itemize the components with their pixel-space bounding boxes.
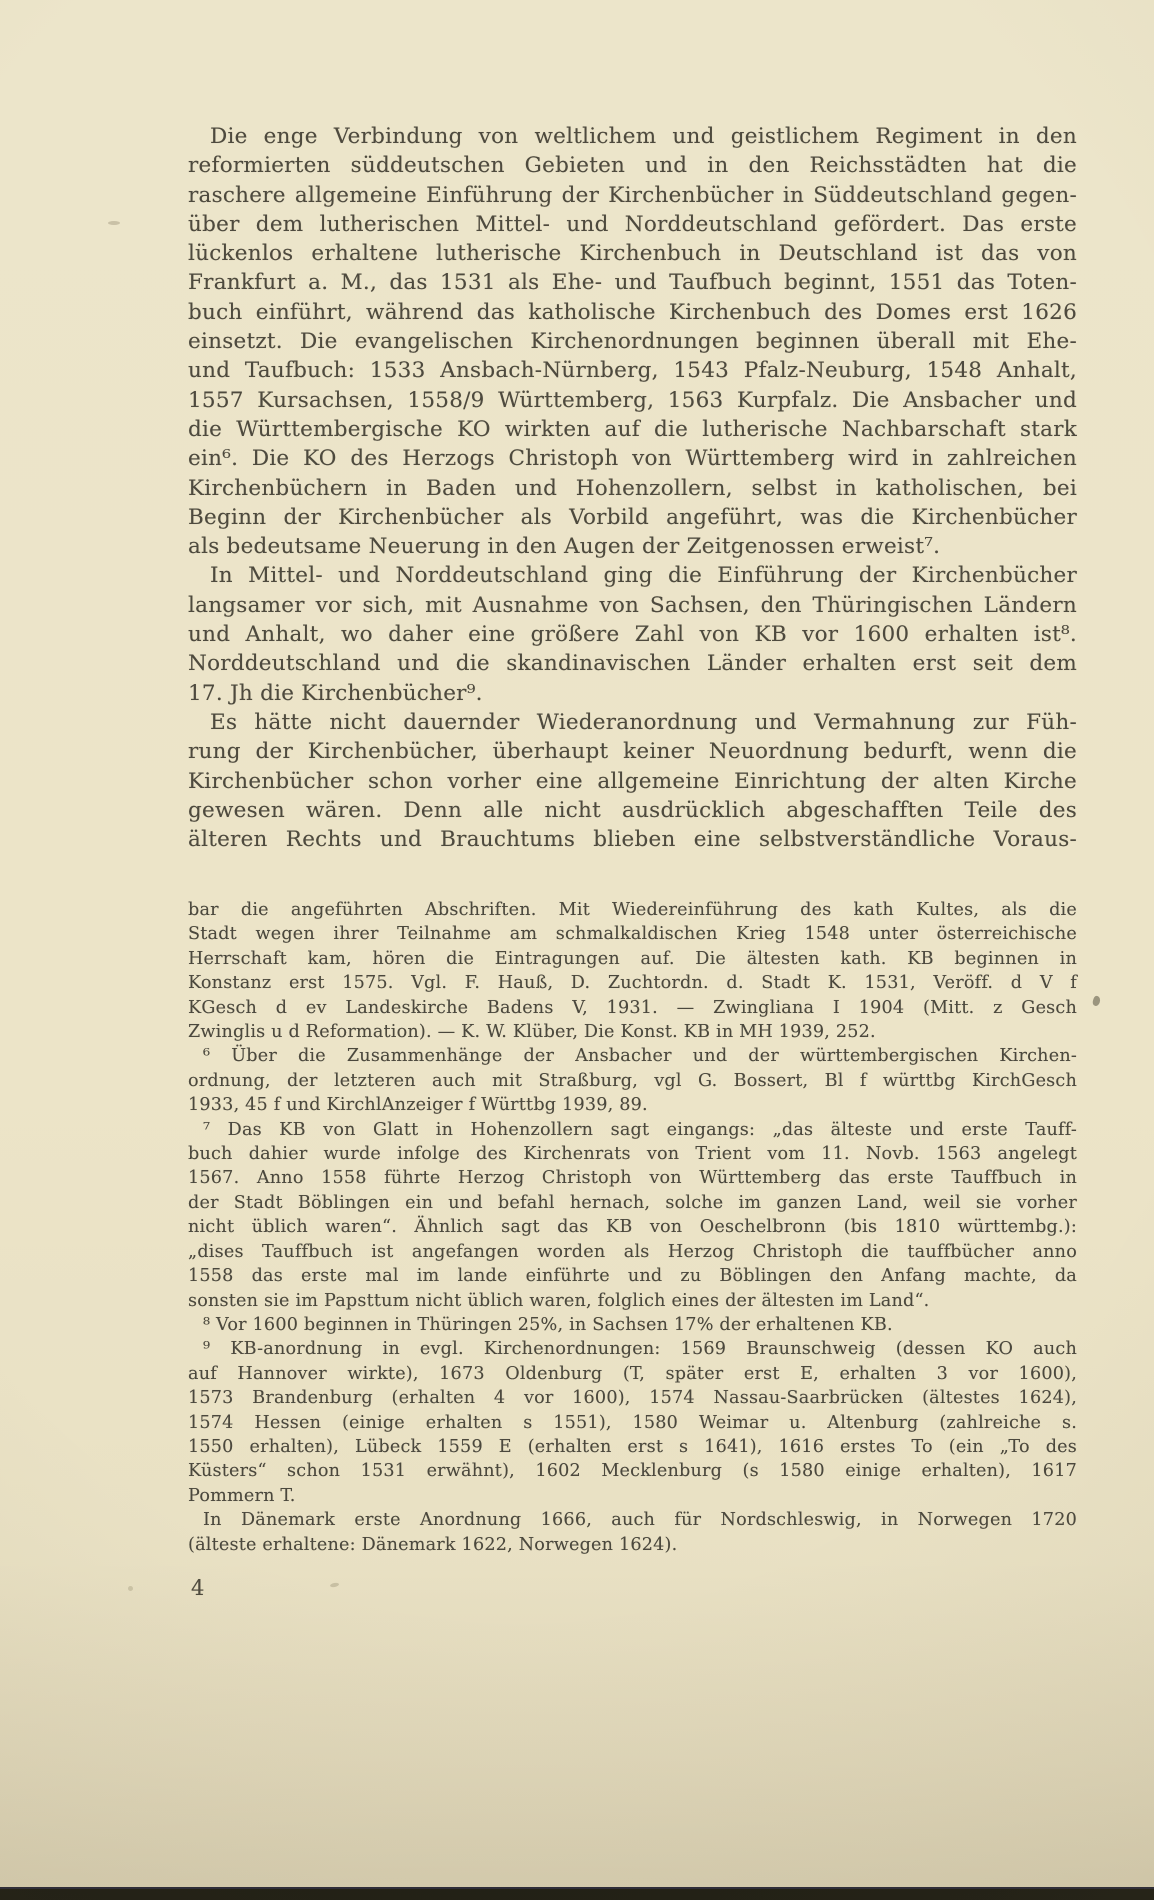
text-line: Frankfurt a. M., das 1531 als Ehe- und T… <box>188 268 1077 297</box>
bottom-scan-bar <box>0 1887 1154 1900</box>
footnote-6: ⁶ Über die Zusammenhänge der Ansbacher u… <box>188 1044 1077 1117</box>
text-line: Herrschaft kam, hören die Eintragungen a… <box>188 947 1077 971</box>
text-line: Die enge Verbindung von weltlichem und g… <box>188 122 1077 151</box>
text-line: ⁷ Das KB von Glatt in Hohenzollern sagt … <box>188 1118 1077 1142</box>
text-line: Stadt wegen ihrer Teilnahme am schmalkal… <box>188 922 1077 946</box>
text-line: und Anhalt, wo daher eine größere Zahl v… <box>188 620 1077 649</box>
page: Die enge Verbindung von weltlichem und g… <box>0 0 1154 1900</box>
text-line: Kirchenbüchern in Baden und Hohenzollern… <box>188 474 1077 503</box>
text-line: 1933, 45 f und KirchlAnzeiger f Württbg … <box>188 1093 1077 1117</box>
text-line: als bedeutsame Neuerung in den Augen der… <box>188 532 1077 561</box>
text-line: 1557 Kursachsen, 1558/9 Württemberg, 156… <box>188 386 1077 415</box>
text-line: der Stadt Böblingen ein und befahl herna… <box>188 1191 1077 1215</box>
text-line: einsetzt. Die evangelischen Kirchenordnu… <box>188 327 1077 356</box>
text-line: Beginn der Kirchenbücher als Vorbild ang… <box>188 503 1077 532</box>
paragraph-3: Es hätte nicht dauernder Wiederanordnung… <box>188 708 1077 854</box>
text-line: Pommern T. <box>188 1484 1077 1508</box>
text-line: „dises Tauffbuch ist angefangen worden a… <box>188 1240 1077 1264</box>
text-line: (älteste erhaltene: Dänemark 1622, Norwe… <box>188 1533 1077 1557</box>
text-line: Kirchenbücher schon vorher eine allgemei… <box>188 767 1077 796</box>
scan-speck <box>128 1586 133 1591</box>
text-line: über dem lutherischen Mittel- und Nordde… <box>188 210 1077 239</box>
text-line: bar die angeführten Abschriften. Mit Wie… <box>188 898 1077 922</box>
text-line: langsamer vor sich, mit Ausnahme von Sac… <box>188 591 1077 620</box>
footnote-7: ⁷ Das KB von Glatt in Hohenzollern sagt … <box>188 1118 1077 1313</box>
text-line: auf Hannover wirkte), 1673 Oldenburg (T,… <box>188 1362 1077 1386</box>
text-line: älteren Rechts und Brauchtums blieben ei… <box>188 825 1077 854</box>
text-line: In Dänemark erste Anordnung 1666, auch f… <box>188 1508 1077 1532</box>
text-line: ⁹ KB-anordnung in evgl. Kirchenordnungen… <box>188 1337 1077 1361</box>
text-line: 1558 das erste mal im lande einführte un… <box>188 1264 1077 1288</box>
text-line: lückenlos erhaltene lutherische Kirchenb… <box>188 239 1077 268</box>
text-line: 1574 Hessen (einige erhalten s 1551), 15… <box>188 1411 1077 1435</box>
text-line: raschere allgemeine Einführung der Kirch… <box>188 181 1077 210</box>
paragraph-1: Die enge Verbindung von weltlichem und g… <box>188 122 1077 561</box>
text-line: rung der Kirchenbücher, überhaupt keiner… <box>188 737 1077 766</box>
text-line: ⁸ Vor 1600 beginnen in Thüringen 25%, in… <box>188 1313 1077 1337</box>
text-line: ein⁶. Die KO des Herzogs Christoph von W… <box>188 444 1077 473</box>
footnote-9-denmark: In Dänemark erste Anordnung 1666, auch f… <box>188 1508 1077 1557</box>
text-line: 1567. Anno 1558 führte Herzog Christoph … <box>188 1166 1077 1190</box>
text-line: reformierten süddeutschen Gebieten und i… <box>188 151 1077 180</box>
text-line: 17. Jh die Kirchenbücher⁹. <box>188 679 1077 708</box>
main-text: Die enge Verbindung von weltlichem und g… <box>188 122 1077 854</box>
text-line: In Mittel- und Norddeutschland ging die … <box>188 561 1077 590</box>
text-line: Norddeutschland und die skandinavischen … <box>188 649 1077 678</box>
paragraph-2: In Mittel- und Norddeutschland ging die … <box>188 561 1077 707</box>
scan-speck <box>108 221 120 225</box>
footnote-8: ⁸ Vor 1600 beginnen in Thüringen 25%, in… <box>188 1313 1077 1337</box>
text-line: und Taufbuch: 1533 Ansbach-Nürnberg, 154… <box>188 356 1077 385</box>
text-line: Zwinglis u d Reformation). — K. W. Klübe… <box>188 1020 1077 1044</box>
text-line: buch einführt, während das katholische K… <box>188 298 1077 327</box>
text-line: die Württembergische KO wirkten auf die … <box>188 415 1077 444</box>
text-line: Es hätte nicht dauernder Wiederanordnung… <box>188 708 1077 737</box>
text-line: buch dahier wurde infolge des Kirchenrat… <box>188 1142 1077 1166</box>
text-line: 1550 erhalten), Lübeck 1559 E (erhalten … <box>188 1435 1077 1459</box>
text-line: sonsten sie im Papsttum nicht üblich war… <box>188 1289 1077 1313</box>
text-line: Konstanz erst 1575. Vgl. F. Hauß, D. Zuc… <box>188 971 1077 995</box>
text-line: Küsters“ schon 1531 erwähnt), 1602 Meckl… <box>188 1459 1077 1483</box>
scan-speck <box>330 1582 340 1588</box>
footnote-continuation: bar die angeführten Abschriften. Mit Wie… <box>188 898 1077 1044</box>
text-line: ordnung, der letzteren auch mit Straßbur… <box>188 1069 1077 1093</box>
text-line: gewesen wären. Denn alle nicht ausdrückl… <box>188 796 1077 825</box>
scan-speck <box>1092 995 1102 1007</box>
footnotes-section: bar die angeführten Abschriften. Mit Wie… <box>188 898 1077 1557</box>
text-line: ⁶ Über die Zusammenhänge der Ansbacher u… <box>188 1044 1077 1068</box>
page-number: 4 <box>191 1576 204 1600</box>
footnote-9: ⁹ KB-anordnung in evgl. Kirchenordnungen… <box>188 1337 1077 1508</box>
text-line: nicht üblich waren“. Ähnlich sagt das KB… <box>188 1215 1077 1239</box>
text-line: 1573 Brandenburg (erhalten 4 vor 1600), … <box>188 1386 1077 1410</box>
text-line: KGesch d ev Landeskirche Badens V, 1931.… <box>188 996 1077 1020</box>
